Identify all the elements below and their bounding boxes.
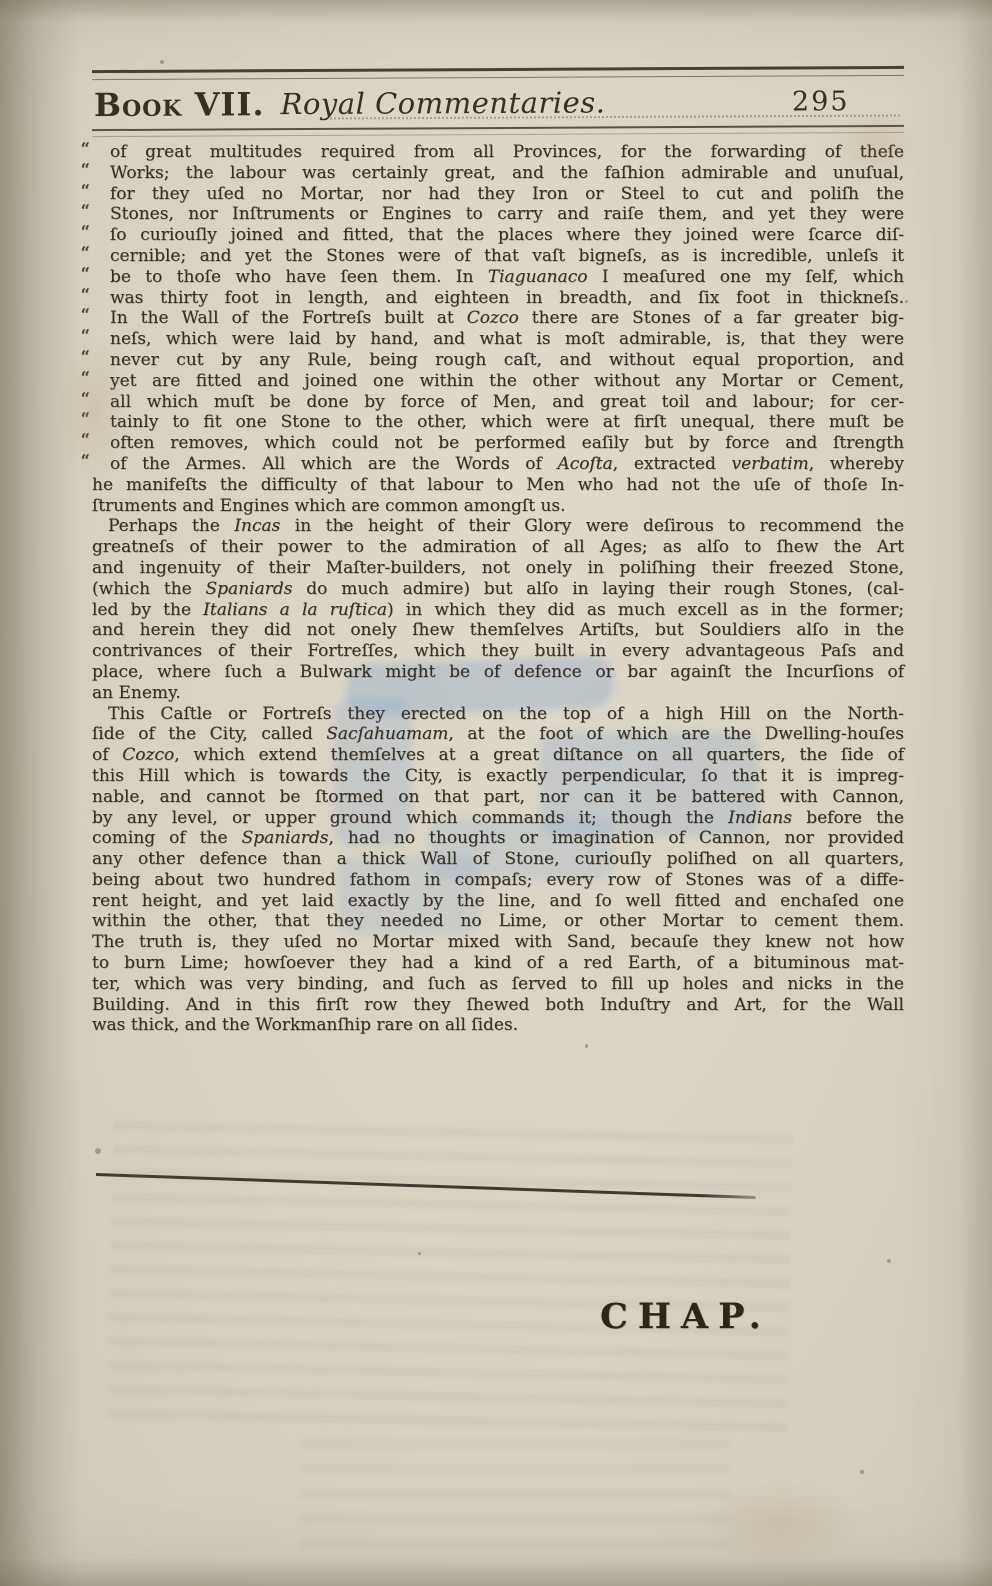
hanging-quote-mark: “ — [80, 327, 90, 348]
hanging-quote-mark: “ — [80, 390, 90, 411]
section-rule — [96, 1173, 756, 1199]
text-line: this Hill which is towards the City, is … — [92, 766, 904, 787]
hanging-quote-mark: “ — [80, 452, 90, 473]
text-line: coming of the Spaniards, had no thoughts… — [92, 828, 904, 849]
text-line: place, where ſuch a Bulwark might be of … — [92, 662, 904, 683]
text-line: to burn Lime; howſoever they had a kind … — [92, 953, 904, 974]
hanging-quote-mark: “ — [80, 306, 90, 327]
italic-text: Tiaguanaco — [488, 267, 588, 287]
text-line: within the other, that they needed no Li… — [92, 911, 904, 932]
running-title: Royal Commentaries. — [92, 84, 794, 122]
italic-text: verbatim — [732, 454, 809, 474]
body-text: “of great multitudes required from all P… — [92, 142, 904, 1036]
text-line: Perhaps the Incas in the height of their… — [92, 516, 904, 537]
hanging-quote-mark: “ — [80, 182, 90, 203]
italic-text: Sacſahuamam — [326, 724, 448, 744]
text-line: This Caſtle or Fortreſs they erected on … — [92, 704, 904, 725]
text-line: “of great multitudes required from all P… — [92, 142, 904, 163]
paper-speck — [887, 1259, 891, 1263]
text-line: “all which muſt be done by force of Men,… — [92, 392, 904, 413]
italic-text: Cozco — [467, 308, 519, 328]
text-line: being about two hundred fathom in compaſ… — [92, 870, 904, 891]
text-line: “ſo curiouſly joined and fitted, that th… — [92, 225, 904, 246]
text-line: “tainly to fit one Stone to the other, w… — [92, 412, 904, 433]
verso-showthrough — [107, 1121, 793, 1445]
verso-showthrough — [300, 1440, 730, 1560]
hanging-quote-mark: “ — [80, 286, 90, 307]
hanging-quote-mark: “ — [80, 140, 90, 161]
hanging-quote-mark: “ — [80, 431, 90, 452]
italic-text: Spaniards — [206, 579, 293, 599]
text-line: he manifeſts the difficulty of that labo… — [92, 475, 904, 496]
text-line: rent height, and yet laid exactly by the… — [92, 891, 904, 912]
text-line: ter, which was very binding, and ſuch as… — [92, 974, 904, 995]
hanging-quote-mark: “ — [80, 223, 90, 244]
running-header: Book VII. Royal Commentaries. 295 — [92, 80, 904, 130]
text-line: ſide of the City, called Sacſahuamam, at… — [92, 724, 904, 745]
paragraph-indent: This Caſtle or Fortreſs they erected on … — [92, 704, 904, 1037]
hanging-quote-mark: “ — [80, 265, 90, 286]
text-line: “never cut by any Rule, being rough caſt… — [92, 350, 904, 371]
hanging-quote-mark: “ — [80, 161, 90, 182]
text-line: contrivances of their Fortreſſes, which … — [92, 641, 904, 662]
text-line: Building. And in this firſt row they ſhe… — [92, 995, 904, 1016]
text-line: of Cozco, which extend themſelves at a g… — [92, 745, 904, 766]
paper-speck — [585, 1044, 588, 1048]
text-line: greatneſs of their power to the admirati… — [92, 537, 904, 558]
paper-speck — [860, 1470, 864, 1474]
text-line: The truth is, they uſed no Mortar mixed … — [92, 932, 904, 953]
paragraph-quoted: “of great multitudes required from all P… — [92, 142, 904, 475]
italic-text: Spaniards — [242, 828, 329, 848]
hanging-quote-mark: “ — [80, 410, 90, 431]
text-line: nable, and cannot be ſtormed on that par… — [92, 787, 904, 808]
hanging-quote-mark: “ — [80, 202, 90, 223]
text-line: “was thirty foot in length, and eighteen… — [92, 288, 904, 309]
text-line: an Enemy. — [92, 683, 904, 704]
text-line: and herein they did not onely ſhew themſ… — [92, 620, 904, 641]
foxing-stain — [700, 1480, 860, 1570]
italic-text: Cozco — [122, 745, 174, 765]
text-line: “Stones, nor Inſtruments or Engines to c… — [92, 204, 904, 225]
text-line: “be to thoſe who have ſeen them. In Tiag… — [92, 267, 904, 288]
text-line: any other defence than a thick Wall of S… — [92, 849, 904, 870]
hanging-quote-mark: “ — [80, 369, 90, 390]
paper-speck — [160, 60, 164, 64]
paper-speck — [95, 1148, 101, 1154]
book-page-scan: Book VII. Royal Commentaries. 295 “of gr… — [0, 0, 992, 1586]
text-line: “often removes, which could not be perfo… — [92, 433, 904, 454]
text-line: “yet are fitted and joined one within th… — [92, 371, 904, 392]
page-number: 295 — [792, 86, 850, 117]
text-line: ſtruments and Engines which are common a… — [92, 496, 904, 517]
text-line: “cernible; and yet the Stones were of th… — [92, 246, 904, 267]
paragraph-indent: Perhaps the Incas in the height of their… — [92, 516, 904, 703]
text-line: “of the Armes. All which are the Words o… — [92, 454, 904, 475]
paragraph-plain: he manifeſts the difficulty of that labo… — [92, 475, 904, 517]
italic-text: Indians — [728, 808, 792, 828]
italic-text: Incas — [234, 516, 280, 536]
hanging-quote-mark: “ — [80, 244, 90, 265]
paper-speck — [418, 1252, 421, 1255]
text-line: was thick, and the Workmanſhip rare on a… — [92, 1015, 904, 1036]
italic-text: Italians a la ruſtica — [203, 600, 387, 620]
hanging-quote-mark: “ — [80, 348, 90, 369]
text-line: “for they uſed no Mortar, nor had they I… — [92, 184, 904, 205]
text-line: (which the Spaniards do much admire) but… — [92, 579, 904, 600]
italic-text: Acoſta — [557, 454, 612, 474]
text-line: led by the Italians a la ruſtica) in whi… — [92, 600, 904, 621]
text-line: “Works; the labour was certainly great, … — [92, 163, 904, 184]
paper-speck — [905, 300, 908, 303]
text-line: by any level, or upper ground which comm… — [92, 808, 904, 829]
text-line: “In the Wall of the Fortreſs built at Co… — [92, 308, 904, 329]
text-line: “neſs, which were laid by hand, and what… — [92, 329, 904, 350]
catchword: CHAP. — [600, 1296, 771, 1337]
header-rule-top — [92, 66, 904, 80]
text-line: and ingenuity of their Maſter-builders, … — [92, 558, 904, 579]
